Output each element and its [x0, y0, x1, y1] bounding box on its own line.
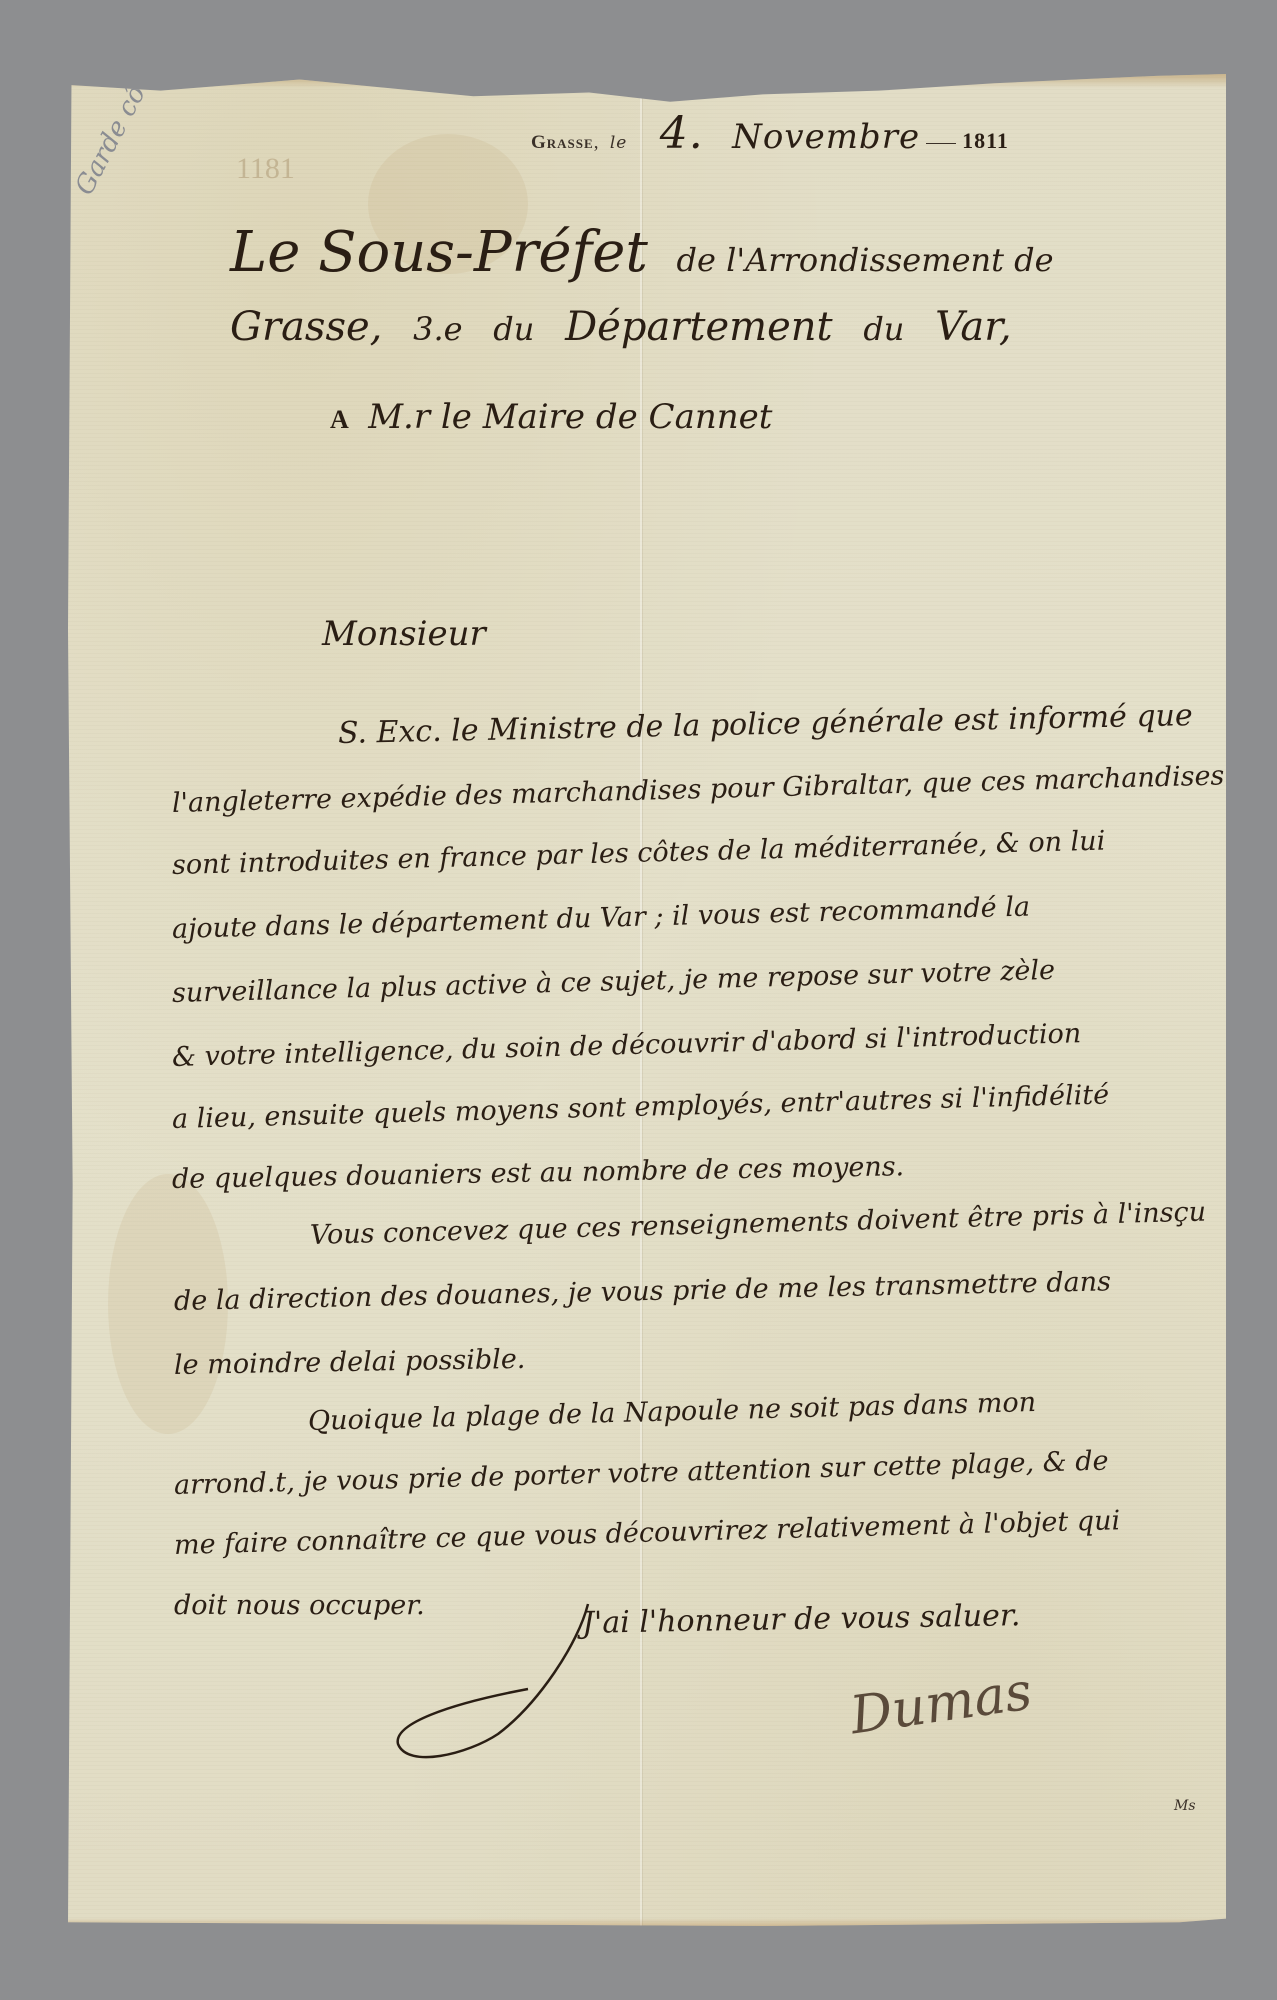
dateline-day: 4.: [660, 108, 704, 159]
body-line-11: le moindre delai possible.: [174, 1344, 526, 1381]
dateline-le: le: [610, 133, 628, 153]
letterhead-du: du: [863, 310, 904, 348]
letterhead-place: Grasse,: [230, 304, 382, 350]
body-line-1: S. Exc. le Ministre de la police général…: [338, 698, 1193, 751]
body-line-2: l'angleterre expédie des marchandises po…: [172, 760, 1225, 819]
body-line-4: ajoute dans le département du Var ; il v…: [172, 892, 1031, 945]
body-line-5: surveillance la plus active à ce sujet, …: [172, 955, 1056, 1009]
body-line-3: sont introduites en france par les côtes…: [172, 826, 1106, 881]
letterhead-line-2: Grasse, 3.e du Département du Var,: [230, 304, 1030, 350]
faded-mark: 1181: [236, 152, 295, 186]
pencil-margin-note: Garde côtes: [70, 46, 171, 200]
body-line-10: de la direction des douanes, je vous pri…: [174, 1266, 1112, 1317]
corner-mark: Ms: [1174, 1798, 1196, 1814]
dateline: Grasse, le 4. Novembre1811: [531, 108, 1009, 159]
letterhead-dept: Département: [565, 304, 833, 350]
letterhead-line-1-rest: de l'Arrondissement de: [677, 241, 1054, 279]
letter-paper: Garde côtes 1181 Grasse, le 4. Novembre1…: [68, 74, 1226, 1926]
dateline-month: Novembre: [732, 117, 920, 157]
dateline-dash: [926, 143, 956, 144]
letterhead-rank: 3.e: [413, 310, 462, 348]
closing-flourish: [388, 1594, 648, 1774]
letterhead-var: Var,: [935, 304, 1012, 350]
signature: Dumas: [847, 1662, 1036, 1747]
salutation: Monsieur: [322, 614, 486, 654]
letterhead-title: Le Sous-Préfet: [230, 220, 648, 285]
addressee: M.r le Maire de Cannet: [368, 397, 772, 437]
addressee-line: A M.r le Maire de Cannet: [330, 396, 772, 437]
dateline-year: 1811: [962, 128, 1009, 153]
dateline-place: Grasse: [531, 132, 594, 153]
body-line-9: Vous concevez que ces renseignements doi…: [310, 1197, 1207, 1251]
body-line-8: de quelques douaniers est au nombre de c…: [172, 1151, 905, 1195]
address-prefix: A: [330, 405, 349, 434]
letterhead-of: du: [493, 310, 534, 348]
letterhead-line-1: Le Sous-Préfet de l'Arrondissement de: [230, 220, 1054, 285]
body-line-6: & votre intelligence, du soin de découvr…: [172, 1018, 1082, 1073]
body-line-12: Quoique la plage de la Napoule ne soit p…: [308, 1387, 1037, 1437]
body-line-14: me faire connaître ce que vous découvrir…: [174, 1505, 1121, 1561]
